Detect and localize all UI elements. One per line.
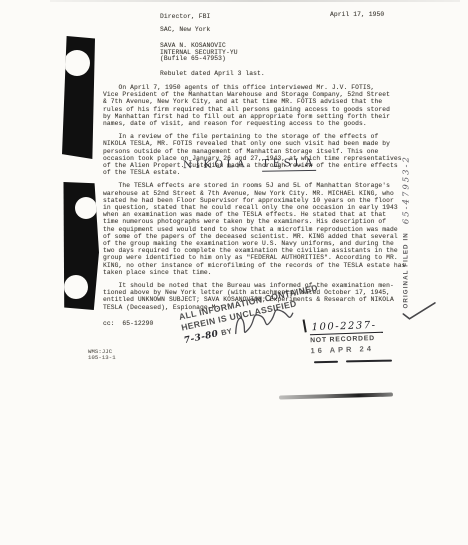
handwritten-name-annotation: NIKOLATESLA <box>183 157 316 171</box>
handwritten-file-number: 100-2237- <box>310 320 383 336</box>
reference-line: Rebulet dated April 3 last. <box>160 70 265 77</box>
original-filed-in-stamp: ORIGINAL FILED IN <box>403 232 410 308</box>
recipient-line: Director, FBI <box>160 13 210 20</box>
document-page: April 17, 1950 Director, FBI SAC, New Yo… <box>0 0 468 545</box>
scan-smudge-line <box>279 393 393 400</box>
cc-line: cc: 65-12290 <box>103 320 153 327</box>
filed-in-margin: ORIGINAL FILED IN 65-47953-2 <box>399 129 414 309</box>
binding-mark-top <box>62 36 95 159</box>
sender-line: SAC, New York <box>160 26 210 33</box>
letter-date: April 17, 1950 <box>330 11 384 18</box>
punch-hole <box>64 50 90 76</box>
filed-handwritten-number: 65-47953-2 <box>401 155 411 224</box>
handwritten-last-name: TESLA <box>262 157 316 172</box>
routing-date-stamp: 16 APR 24 <box>310 344 383 356</box>
pen-dash-mark <box>346 360 392 362</box>
doc-paragraph-1: On April 7, 1950 agents of this office i… <box>103 84 427 127</box>
punch-hole <box>75 197 97 219</box>
by-label: BY <box>220 326 233 339</box>
doc-paragraph-3: The TESLA effects are stored in rooms 5J… <box>103 182 427 276</box>
pen-dash-mark <box>314 361 338 363</box>
letter-body: On April 7, 1950 agents of this office i… <box>103 84 427 317</box>
binding-mark-bottom <box>62 182 99 310</box>
subject-block: SAVA N. KOSANOVIC INTERNAL SECURITY-YU (… <box>160 43 238 63</box>
declassified-date: 7-3-80 <box>183 329 219 347</box>
routing-stamp-block: 100-2237- NOT RECORDED 16 APR 24 <box>309 315 383 356</box>
punch-hole <box>64 275 88 299</box>
handwritten-first-name: NIKOLA <box>183 158 248 171</box>
typist-initials: WMS:JJC 105-13-1 <box>88 349 116 362</box>
scan-edge-smudge <box>50 0 460 2</box>
not-recorded-stamp: NOT RECORDED <box>310 335 383 345</box>
